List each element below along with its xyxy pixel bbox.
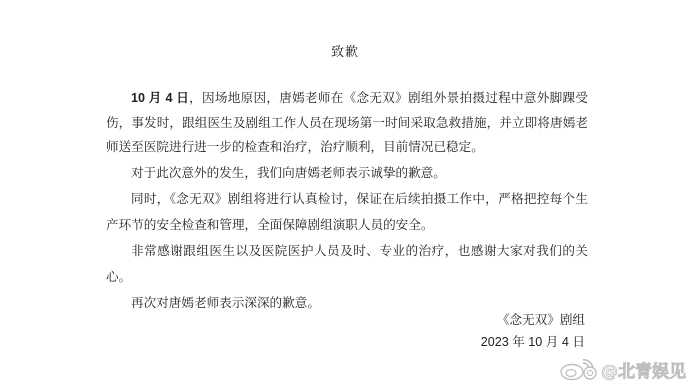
incident-date: 10 月 4 日: [131, 91, 189, 105]
paragraph-incident: 10 月 4 日，因场地原因，唐嫣老师在《念无双》剧组外景拍摄过程中意外脚踝受伤…: [106, 86, 588, 160]
paragraph-apology: 对于此次意外的发生，我们向唐嫣老师表示诚挚的歉意。: [106, 160, 588, 186]
watermark-text: @北青娱见: [601, 357, 686, 382]
watermark: @北青娱见: [559, 357, 686, 382]
letter-body: 10 月 4 日，因场地原因，唐嫣老师在《念无双》剧组外景拍摄过程中意外脚踝受伤…: [106, 86, 588, 316]
paragraph-commitment: 同时，《念无双》剧组将进行认真检讨，保证在后续拍摄工作中，严格把控每个生产环节的…: [106, 186, 588, 238]
signature: 《念无双》剧组: [497, 309, 585, 328]
paragraph-thanks: 非常感谢跟组医生以及医院医护人员及时、专业的治疗，也感谢大家对我们的关心。: [106, 238, 588, 290]
signature-date: 2023 年 10 月 4 日: [481, 331, 585, 350]
document-title: 致歉: [0, 41, 690, 60]
weibo-logo-icon: [559, 359, 599, 381]
